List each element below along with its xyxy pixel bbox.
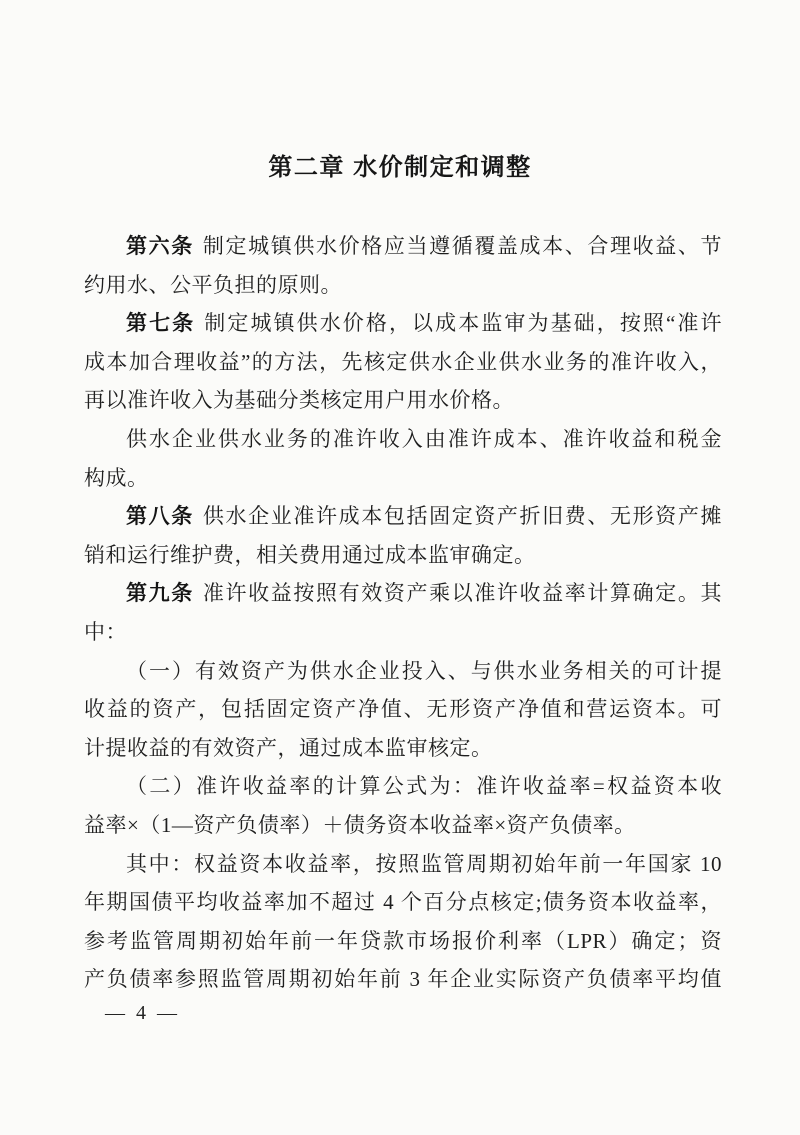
- body-line: 供水企业供水业务的准许收入由准许成本、准许收益和税金: [84, 420, 722, 459]
- body-line: （一）有效资产为供水企业投入、与供水业务相关的可计提: [84, 652, 722, 691]
- line-text: 中：: [84, 620, 127, 644]
- article-number: 第六条: [126, 235, 194, 258]
- line-text: 供水企业准许成本包括固定资产折旧费、无形资产摊: [203, 504, 722, 528]
- line-text: 制定城镇供水价格，以成本监审为基础，按照“准许: [204, 311, 722, 335]
- article-number: 第九条: [126, 582, 194, 605]
- body-line: 约用水、公平负担的原则。: [84, 266, 722, 305]
- scanned-document-page: 第二章 水价制定和调整 第六条制定城镇供水价格应当遵循覆盖成本、合理收益、节约用…: [0, 0, 800, 1135]
- line-text: 年期国债平均收益率加不超过 4 个百分点核定;债务资本收益率，: [84, 890, 722, 914]
- line-text: 参考监管周期初始年前一年贷款市场报价利率（LPR）确定；资: [84, 929, 722, 953]
- line-text: 成本加合理收益”的方法，先核定供水企业供水业务的准许收入，: [84, 350, 722, 374]
- line-text: 益率×（1—资产负债率）＋债务资本收益率×资产负债率。: [84, 813, 636, 837]
- line-text: （一）有效资产为供水企业投入、与供水业务相关的可计提: [126, 659, 722, 683]
- body-line: 年期国债平均收益率加不超过 4 个百分点核定;债务资本收益率，: [84, 883, 722, 922]
- body-line: 第六条制定城镇供水价格应当遵循覆盖成本、合理收益、节: [84, 227, 722, 266]
- page-number: — 4 —: [105, 1002, 180, 1025]
- body-line: 第八条供水企业准许成本包括固定资产折旧费、无形资产摊: [84, 497, 722, 536]
- line-text: （二）准许收益率的计算公式为：准许收益率=权益资本收: [126, 774, 722, 798]
- body-line: 其中：权益资本收益率，按照监管周期初始年前一年国家 10: [84, 845, 722, 884]
- body-line: 益率×（1—资产负债率）＋债务资本收益率×资产负债率。: [84, 806, 722, 845]
- body-line: 销和运行维护费，相关费用通过成本监审确定。: [84, 536, 722, 575]
- body-line: 第九条准许收益按照有效资产乘以准许收益率计算确定。其: [84, 574, 722, 613]
- chapter-title: 第二章 水价制定和调整: [0, 147, 800, 182]
- body-line: 产负债率参照监管周期初始年前 3 年企业实际资产负债率平均值: [84, 960, 722, 999]
- line-text: 销和运行维护费，相关费用通过成本监审确定。: [84, 543, 536, 567]
- line-text: 约用水、公平负担的原则。: [84, 273, 342, 297]
- body-line: 计提收益的有效资产，通过成本监审核定。: [84, 729, 722, 768]
- line-text: 供水企业供水业务的准许收入由准许成本、准许收益和税金: [126, 427, 722, 451]
- body-line: 收益的资产，包括固定资产净值、无形资产净值和营运资本。可: [84, 690, 722, 729]
- line-text: 产负债率参照监管周期初始年前 3 年企业实际资产负债率平均值: [84, 967, 722, 991]
- body-line: （二）准许收益率的计算公式为：准许收益率=权益资本收: [84, 767, 722, 806]
- body-line: 参考监管周期初始年前一年贷款市场报价利率（LPR）确定；资: [84, 922, 722, 961]
- body-line: 成本加合理收益”的方法，先核定供水企业供水业务的准许收入，: [84, 343, 722, 382]
- line-text: 再以准许收入为基础分类核定用户用水价格。: [84, 388, 514, 412]
- line-text: 准许收益按照有效资产乘以准许收益率计算确定。其: [203, 581, 722, 605]
- line-text: 其中：权益资本收益率，按照监管周期初始年前一年国家 10: [126, 852, 722, 876]
- body-line: 构成。: [84, 459, 722, 498]
- body-line: 中：: [84, 613, 722, 652]
- document-body: 第六条制定城镇供水价格应当遵循覆盖成本、合理收益、节约用水、公平负担的原则。第七…: [84, 227, 722, 999]
- line-text: 计提收益的有效资产，通过成本监审核定。: [84, 736, 493, 760]
- body-line: 第七条制定城镇供水价格，以成本监审为基础，按照“准许: [84, 304, 722, 343]
- line-text: 收益的资产，包括固定资产净值、无形资产净值和营运资本。可: [84, 697, 722, 721]
- line-text: 制定城镇供水价格应当遵循覆盖成本、合理收益、节: [203, 234, 722, 258]
- body-line: 再以准许收入为基础分类核定用户用水价格。: [84, 381, 722, 420]
- line-text: 构成。: [84, 466, 149, 490]
- article-number: 第八条: [126, 505, 194, 528]
- article-number: 第七条: [126, 312, 195, 335]
